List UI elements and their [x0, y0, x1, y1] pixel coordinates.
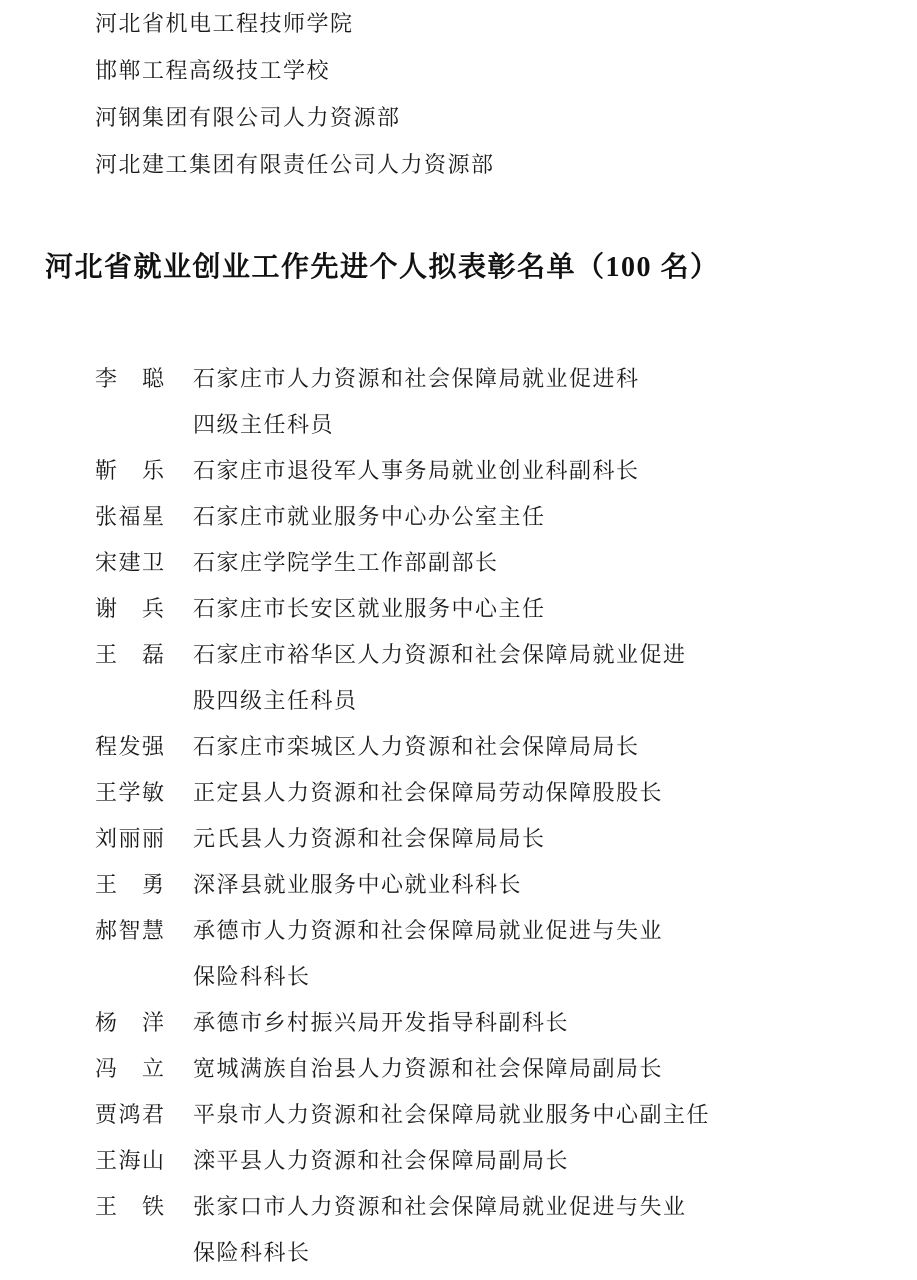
person-title-line: 滦平县人力资源和社会保障局副局长	[193, 1138, 835, 1184]
person-title: 滦平县人力资源和社会保障局副局长	[193, 1138, 835, 1184]
roster-row: 杨 洋承德市乡村振兴局开发指导科副科长	[95, 1000, 835, 1046]
person-title-line: 承德市人力资源和社会保障局就业促进与失业	[193, 908, 835, 954]
person-name: 靳 乐	[95, 448, 193, 494]
person-title: 平泉市人力资源和社会保障局就业服务中心副主任	[193, 1092, 835, 1138]
person-title: 石家庄市人力资源和社会保障局就业促进科四级主任科员	[193, 356, 835, 448]
person-title: 承德市人力资源和社会保障局就业促进与失业保险科科长	[193, 908, 835, 1000]
person-title: 承德市乡村振兴局开发指导科副科长	[193, 1000, 835, 1046]
org-list-item: 河北建工集团有限责任公司人力资源部	[95, 141, 495, 188]
document-page: 河北省机电工程技师学院邯郸工程高级技工学校河钢集团有限公司人力资源部河北建工集团…	[0, 0, 917, 1280]
person-title: 石家庄市长安区就业服务中心主任	[193, 586, 835, 632]
roster-row: 贾鸿君平泉市人力资源和社会保障局就业服务中心副主任	[95, 1092, 835, 1138]
person-title-line: 石家庄市裕华区人力资源和社会保障局就业促进	[193, 632, 835, 678]
org-list-item: 河北省机电工程技师学院	[95, 0, 495, 47]
person-title: 宽城满族自治县人力资源和社会保障局副局长	[193, 1046, 835, 1092]
person-title-line: 元氏县人力资源和社会保障局局长	[193, 816, 835, 862]
roster-row: 靳 乐石家庄市退役军人事务局就业创业科副科长	[95, 448, 835, 494]
person-name: 郝智慧	[95, 908, 193, 954]
org-list-item: 邯郸工程高级技工学校	[95, 47, 495, 94]
roster-row: 程发强石家庄市栾城区人力资源和社会保障局局长	[95, 724, 835, 770]
person-title-line: 承德市乡村振兴局开发指导科副科长	[193, 1000, 835, 1046]
person-title: 石家庄学院学生工作部副部长	[193, 540, 835, 586]
person-name: 刘丽丽	[95, 816, 193, 862]
person-name: 王 铁	[95, 1184, 193, 1230]
person-title: 石家庄市就业服务中心办公室主任	[193, 494, 835, 540]
org-list: 河北省机电工程技师学院邯郸工程高级技工学校河钢集团有限公司人力资源部河北建工集团…	[95, 0, 495, 188]
roster-row: 冯 立宽城满族自治县人力资源和社会保障局副局长	[95, 1046, 835, 1092]
person-title-line: 张家口市人力资源和社会保障局就业促进与失业	[193, 1184, 835, 1230]
person-title-line: 正定县人力资源和社会保障局劳动保障股股长	[193, 770, 835, 816]
person-name: 冯 立	[95, 1046, 193, 1092]
person-title-line: 石家庄市长安区就业服务中心主任	[193, 586, 835, 632]
roster-row: 郝智慧承德市人力资源和社会保障局就业促进与失业保险科科长	[95, 908, 835, 1000]
roster-row: 谢 兵石家庄市长安区就业服务中心主任	[95, 586, 835, 632]
roster-list: 李 聪石家庄市人力资源和社会保障局就业促进科四级主任科员靳 乐石家庄市退役军人事…	[95, 356, 835, 1276]
roster-row: 王 磊石家庄市裕华区人力资源和社会保障局就业促进股四级主任科员	[95, 632, 835, 724]
person-name: 王学敏	[95, 770, 193, 816]
person-name: 王 勇	[95, 862, 193, 908]
org-list-item: 河钢集团有限公司人力资源部	[95, 94, 495, 141]
person-title: 石家庄市裕华区人力资源和社会保障局就业促进股四级主任科员	[193, 632, 835, 724]
roster-row: 宋建卫石家庄学院学生工作部副部长	[95, 540, 835, 586]
person-title-line: 石家庄市退役军人事务局就业创业科副科长	[193, 448, 835, 494]
person-title-line: 平泉市人力资源和社会保障局就业服务中心副主任	[193, 1092, 835, 1138]
person-title-line: 股四级主任科员	[193, 678, 835, 724]
person-title: 石家庄市退役军人事务局就业创业科副科长	[193, 448, 835, 494]
roster-row: 刘丽丽元氏县人力资源和社会保障局局长	[95, 816, 835, 862]
person-title: 元氏县人力资源和社会保障局局长	[193, 816, 835, 862]
roster-row: 王 铁张家口市人力资源和社会保障局就业促进与失业保险科科长	[95, 1184, 835, 1276]
person-title-line: 深泽县就业服务中心就业科科长	[193, 862, 835, 908]
person-name: 谢 兵	[95, 586, 193, 632]
roster-row: 王 勇深泽县就业服务中心就业科科长	[95, 862, 835, 908]
person-title-line: 保险科科长	[193, 954, 835, 1000]
person-name: 王 磊	[95, 632, 193, 678]
person-title: 石家庄市栾城区人力资源和社会保障局局长	[193, 724, 835, 770]
person-name: 宋建卫	[95, 540, 193, 586]
roster-row: 张福星石家庄市就业服务中心办公室主任	[95, 494, 835, 540]
person-name: 李 聪	[95, 356, 193, 402]
person-name: 贾鸿君	[95, 1092, 193, 1138]
section-title: 河北省就业创业工作先进个人拟表彰名单（100 名）	[45, 246, 720, 290]
roster-row: 李 聪石家庄市人力资源和社会保障局就业促进科四级主任科员	[95, 356, 835, 448]
person-title-line: 保险科科长	[193, 1230, 835, 1276]
person-title: 张家口市人力资源和社会保障局就业促进与失业保险科科长	[193, 1184, 835, 1276]
person-title-line: 石家庄市栾城区人力资源和社会保障局局长	[193, 724, 835, 770]
person-title-line: 宽城满族自治县人力资源和社会保障局副局长	[193, 1046, 835, 1092]
person-name: 王海山	[95, 1138, 193, 1184]
person-title-line: 石家庄学院学生工作部副部长	[193, 540, 835, 586]
person-name: 张福星	[95, 494, 193, 540]
person-name: 杨 洋	[95, 1000, 193, 1046]
person-title: 正定县人力资源和社会保障局劳动保障股股长	[193, 770, 835, 816]
person-title: 深泽县就业服务中心就业科科长	[193, 862, 835, 908]
person-name: 程发强	[95, 724, 193, 770]
person-title-line: 四级主任科员	[193, 402, 835, 448]
person-title-line: 石家庄市就业服务中心办公室主任	[193, 494, 835, 540]
roster-row: 王海山滦平县人力资源和社会保障局副局长	[95, 1138, 835, 1184]
roster-row: 王学敏正定县人力资源和社会保障局劳动保障股股长	[95, 770, 835, 816]
person-title-line: 石家庄市人力资源和社会保障局就业促进科	[193, 356, 835, 402]
